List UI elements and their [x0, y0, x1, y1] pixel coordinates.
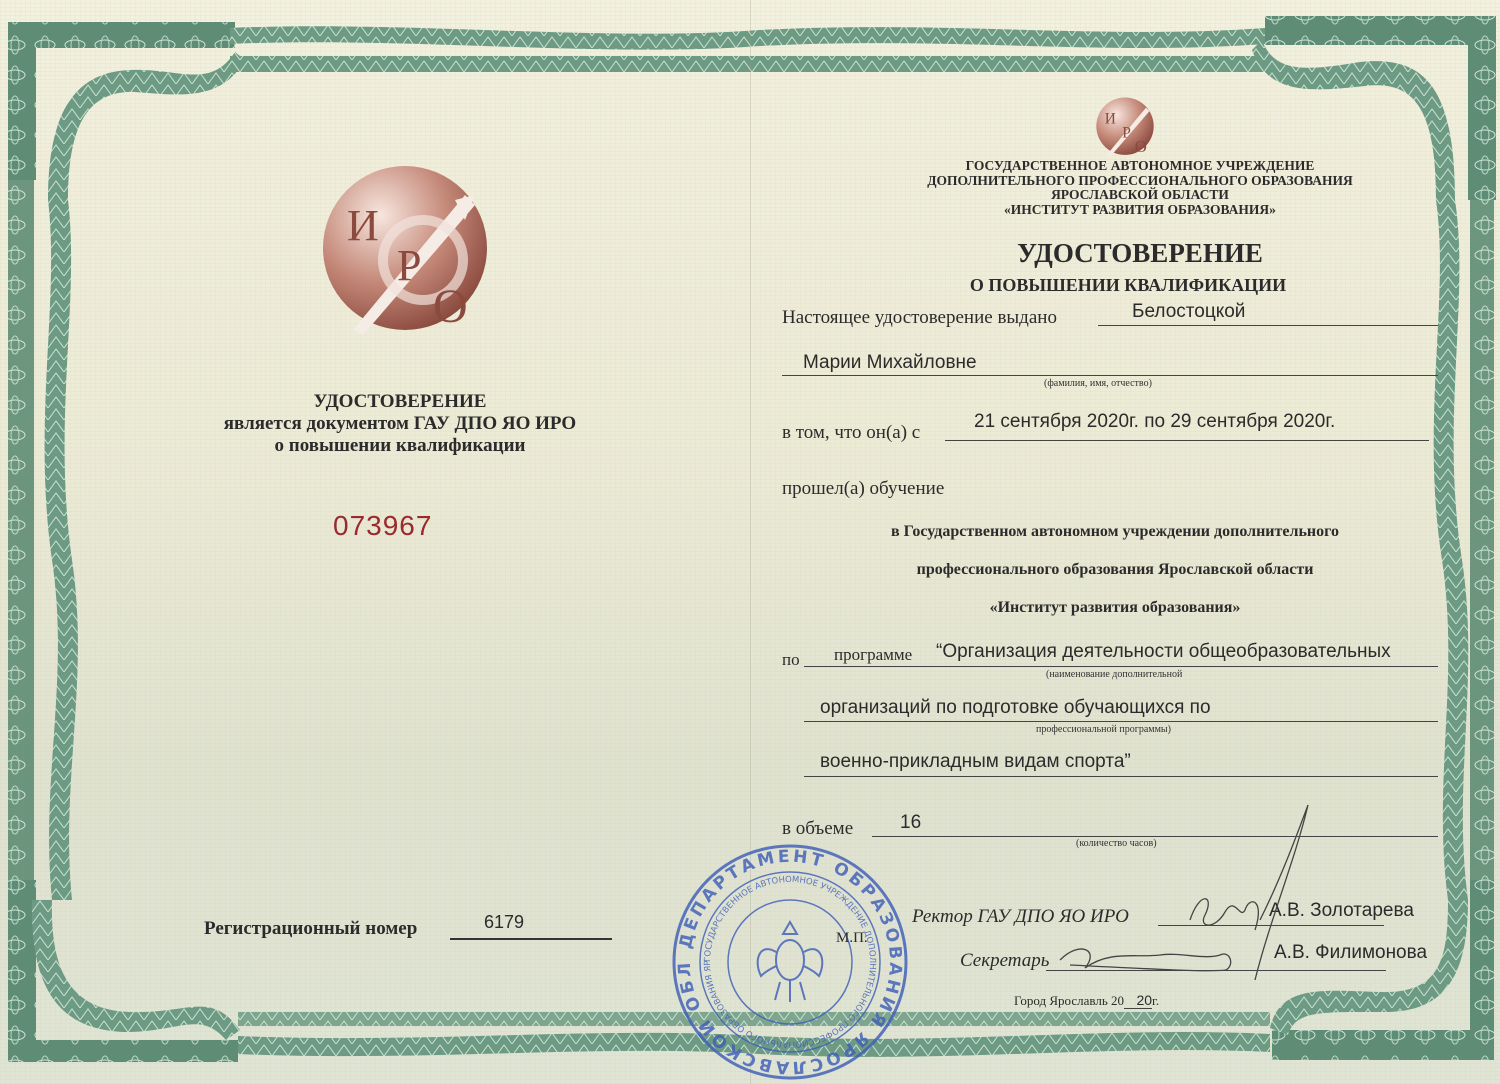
- city-year-label: Город Ярославль 2020г.: [1014, 992, 1159, 1009]
- handwritten-signatures: [1040, 800, 1340, 990]
- institution-line: «Институт развития образования»: [790, 589, 1440, 627]
- org-header-line: ЯРОСЛАВСКОЙ ОБЛАСТИ: [880, 188, 1400, 203]
- svg-text:Р: Р: [1122, 124, 1131, 141]
- period-line: [945, 440, 1429, 441]
- iro-logo-small: И Р О: [1090, 95, 1160, 157]
- training-label: прошел(а) обучение: [782, 478, 944, 500]
- reg-number-value: 6179: [484, 912, 524, 933]
- program-label: программе: [834, 645, 912, 665]
- city-year-prefix: Город Ярославль 20: [1014, 993, 1124, 1008]
- eagle-emblem-icon: [758, 922, 823, 1002]
- surname-line: [1098, 325, 1438, 326]
- program-hint-2: профессиональной программы): [1036, 724, 1171, 735]
- org-header-line: «ИНСТИТУТ РАЗВИТИЯ ОБРАЗОВАНИЯ»: [880, 203, 1400, 218]
- program-line-2: [804, 721, 1438, 722]
- left-title-block: УДОСТОВЕРЕНИЕ является документом ГАУ ДП…: [150, 391, 650, 457]
- left-subtitle-2: о повышении квалификации: [150, 435, 650, 457]
- stamp-placeholder-label: М.П.: [836, 930, 868, 947]
- name-value: Марии Михайловне: [803, 352, 977, 374]
- name-line: [782, 375, 1438, 376]
- iro-logo-large: И Р О: [305, 160, 505, 335]
- program-name-3: военно-прикладным видам спорта”: [820, 751, 1131, 773]
- surname-value: Белостоцкой: [1132, 301, 1245, 323]
- svg-text:О: О: [1135, 137, 1147, 156]
- svg-text:И: И: [347, 201, 379, 250]
- city-year-value: 20: [1124, 992, 1152, 1009]
- secretary-label: Секретарь: [960, 950, 1049, 972]
- volume-label: в объеме: [782, 818, 853, 840]
- svg-text:О: О: [433, 280, 468, 333]
- org-header-line: ДОПОЛНИТЕЛЬНОГО ПРОФЕССИОНАЛЬНОГО ОБРАЗО…: [880, 174, 1400, 189]
- program-line-1: [804, 666, 1438, 667]
- serial-number: 073967: [333, 510, 432, 542]
- institution-block: в Государственном автономном учреждении …: [790, 513, 1440, 627]
- org-header: ГОСУДАРСТВЕННОЕ АВТОНОМНОЕ УЧРЕЖДЕНИЕ ДО…: [880, 159, 1400, 217]
- program-hint-1: (наименование дополнительной: [1046, 669, 1182, 680]
- issued-to-label: Настоящее удостоверение выдано: [782, 307, 1057, 329]
- institution-line: профессионального образования Ярославско…: [790, 551, 1440, 589]
- program-name-2: организаций по подготовке обучающихся по: [820, 697, 1211, 719]
- org-header-line: ГОСУДАРСТВЕННОЕ АВТОНОМНОЕ УЧРЕЖДЕНИЕ: [880, 159, 1400, 174]
- svg-text:Р: Р: [397, 241, 421, 290]
- program-prefix: по: [782, 650, 800, 670]
- volume-value: 16: [900, 812, 921, 834]
- doc-subtitle: О ПОВЫШЕНИИ КВАЛИФИКАЦИИ: [868, 275, 1388, 296]
- institution-line: в Государственном автономном учреждении …: [790, 513, 1440, 551]
- reg-number-label: Регистрационный номер: [204, 918, 417, 940]
- name-hint: (фамилия, имя, отчество): [1044, 378, 1152, 389]
- program-line-3: [804, 776, 1438, 777]
- doc-title: УДОСТОВЕРЕНИЕ: [880, 238, 1400, 269]
- svg-text:И: И: [1105, 110, 1116, 127]
- program-name-1: “Организация деятельности общеобразовате…: [936, 641, 1391, 663]
- period-value: 21 сентября 2020г. по 29 сентября 2020г.: [974, 411, 1335, 433]
- reg-number-underline: [450, 938, 612, 940]
- left-title: УДОСТОВЕРЕНИЕ: [150, 391, 650, 413]
- left-subtitle-1: является документом ГАУ ДПО ЯО ИРО: [150, 413, 650, 435]
- city-year-suffix: г.: [1152, 993, 1159, 1008]
- official-seal: ДЕПАРТАМЕНТ ОБРАЗОВАНИЯ ЯРОСЛАВСКОЙ ОБЛА…: [665, 842, 915, 1082]
- period-label: в том, что он(а) с: [782, 422, 920, 444]
